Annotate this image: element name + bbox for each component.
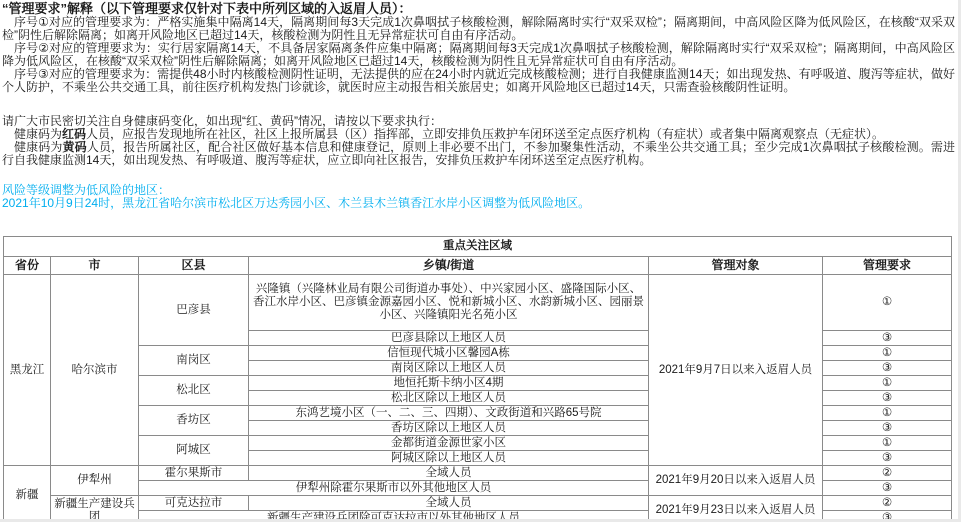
cell-province-heilongjiang: 黑龙江	[4, 275, 51, 466]
risk-adjustment-section: 风险等级调整为低风险的地区： 2021年10月9日24时，黑龙江省哈尔滨市松北区…	[2, 184, 955, 210]
notice-document: “管理要求”解释（以下管理要求仅针对下表中所列区域的入返眉人员）： 序号①对应的…	[0, 0, 961, 522]
cell-province-xinjiang: 新疆	[4, 466, 51, 522]
table-row: 新疆 伊犁州 霍尔果斯市 全域人员 2021年9月20日以来入返眉人员 ②	[4, 466, 952, 481]
cell-requirement: ③	[823, 361, 952, 376]
risk-adjustment-detail: 2021年10月9日24时，黑龙江省哈尔滨市松北区万达秀园小区、木兰县木兰镇香江…	[2, 197, 955, 210]
cell-township: 全域人员	[249, 496, 649, 511]
cell-requirement: ①	[823, 406, 952, 421]
header-district: 区县	[139, 257, 249, 275]
table-title: 重点关注区域	[4, 237, 952, 257]
yellow-code-term: 黄码	[63, 140, 87, 154]
table-row: 新疆生产建设兵团 可克达拉市 全域人员 2021年9月23日以来入返眉人员 ②	[4, 496, 952, 511]
table-row: 黑龙江 哈尔滨市 巴彦县 兴隆镇（兴隆林业局有限公司街道办事处）、中兴家园小区、…	[4, 275, 952, 331]
cell-requirement: ②	[823, 496, 952, 511]
red-code-post: 人员，应报告发现地所在社区，社区上报所属县（区）指挥部，立即安排负压救护车闭环送…	[86, 127, 884, 141]
requirement-3-paragraph: 序号③对应的管理要求为：需提供48小时内核酸检测阴性证明，无法提供的应在24小时…	[2, 68, 955, 94]
cell-requirement: ①	[823, 436, 952, 451]
yellow-code-paragraph: 健康码为黄码人员，报告所属社区，配合社区做好基本信息和健康登记，原则上非必要不出…	[2, 141, 955, 167]
cell-district-nangang: 南岗区	[139, 346, 249, 376]
cell-township: 东鸿艺境小区（一、二、三、四期）、文政街道和兴路65号院	[249, 406, 649, 421]
cell-requirement: ①	[823, 376, 952, 391]
cell-township: 地恒托斯卡纳小区4期	[249, 376, 649, 391]
cell-target-yili: 2021年9月20日以来入返眉人员	[649, 466, 823, 496]
cell-township: 兴隆镇（兴隆林业局有限公司街道办事处）、中兴家园小区、盛隆国际小区、香江水岸小区…	[249, 275, 649, 331]
cell-requirement: ③	[823, 421, 952, 436]
cell-township: 巴彦县除以上地区人员	[249, 331, 649, 346]
cell-district-xiangfang: 香坊区	[139, 406, 249, 436]
cell-township: 信恒现代城小区馨园A栋	[249, 346, 649, 361]
cell-township: 南岗区除以上地区人员	[249, 361, 649, 376]
red-code-term: 红码	[62, 127, 86, 141]
table-header-row: 省份 市 区县 乡镇/街道 管理对象 管理要求	[4, 257, 952, 275]
cell-township: 阿城区除以上地区人员	[249, 451, 649, 466]
header-requirement: 管理要求	[823, 257, 952, 275]
table-title-row: 重点关注区域	[4, 237, 952, 257]
cell-requirement: ①	[823, 346, 952, 361]
cell-requirement: ③	[823, 451, 952, 466]
cell-city-haerbin: 哈尔滨市	[51, 275, 139, 466]
cell-city-yili: 伊犁州	[51, 466, 139, 496]
cell-township: 香坊区除以上地区人员	[249, 421, 649, 436]
cell-township: 全域人员	[249, 466, 649, 481]
red-code-pre: 健康码为	[14, 127, 62, 141]
cell-township: 伊犁州除霍尔果斯市以外其他地区人员	[139, 481, 649, 496]
cell-requirement: ③	[823, 391, 952, 406]
requirement-1-paragraph: 序号①对应的管理要求为：严格实施集中隔离14天，隔离期间每3天完成1次鼻咽拭子核…	[2, 16, 955, 42]
cell-township: 松北区除以上地区人员	[249, 391, 649, 406]
cell-district-acheng: 阿城区	[139, 436, 249, 466]
cell-township: 金都街道金源世家小区	[249, 436, 649, 451]
requirement-2-paragraph: 序号②对应的管理要求为：实行居家隔离14天，不具备居家隔离条件应集中隔离；隔离期…	[2, 42, 955, 68]
cell-requirement: ①	[823, 275, 952, 331]
header-province: 省份	[4, 257, 51, 275]
cell-requirement: ②	[823, 466, 952, 481]
header-city: 市	[51, 257, 139, 275]
health-code-section: 请广大市民密切关注自身健康码变化，如出现“红、黄码”情况，请按以下要求执行： 健…	[2, 115, 955, 167]
cell-district-kekedala: 可克达拉市	[139, 496, 249, 511]
document-title: “管理要求”解释（以下管理要求仅针对下表中所列区域的入返眉人员）：	[2, 2, 955, 16]
cell-requirement: ③	[823, 331, 952, 346]
cell-district-songbei: 松北区	[139, 376, 249, 406]
header-target: 管理对象	[649, 257, 823, 275]
yellow-code-pre: 健康码为	[14, 140, 63, 154]
focus-areas-table: 重点关注区域 省份 市 区县 乡镇/街道 管理对象 管理要求 黑龙江 哈尔滨市 …	[3, 236, 952, 522]
yellow-code-post: 人员，报告所属社区，配合社区做好基本信息和健康登记，原则上非必要不出门，不参加聚…	[2, 140, 955, 167]
cell-target-hlj: 2021年9月7日以来入返眉人员	[649, 275, 823, 466]
cell-district-huoerguosi: 霍尔果斯市	[139, 466, 249, 481]
cell-district-bayan: 巴彦县	[139, 275, 249, 346]
header-township: 乡镇/街道	[249, 257, 649, 275]
cell-requirement: ③	[823, 481, 952, 496]
